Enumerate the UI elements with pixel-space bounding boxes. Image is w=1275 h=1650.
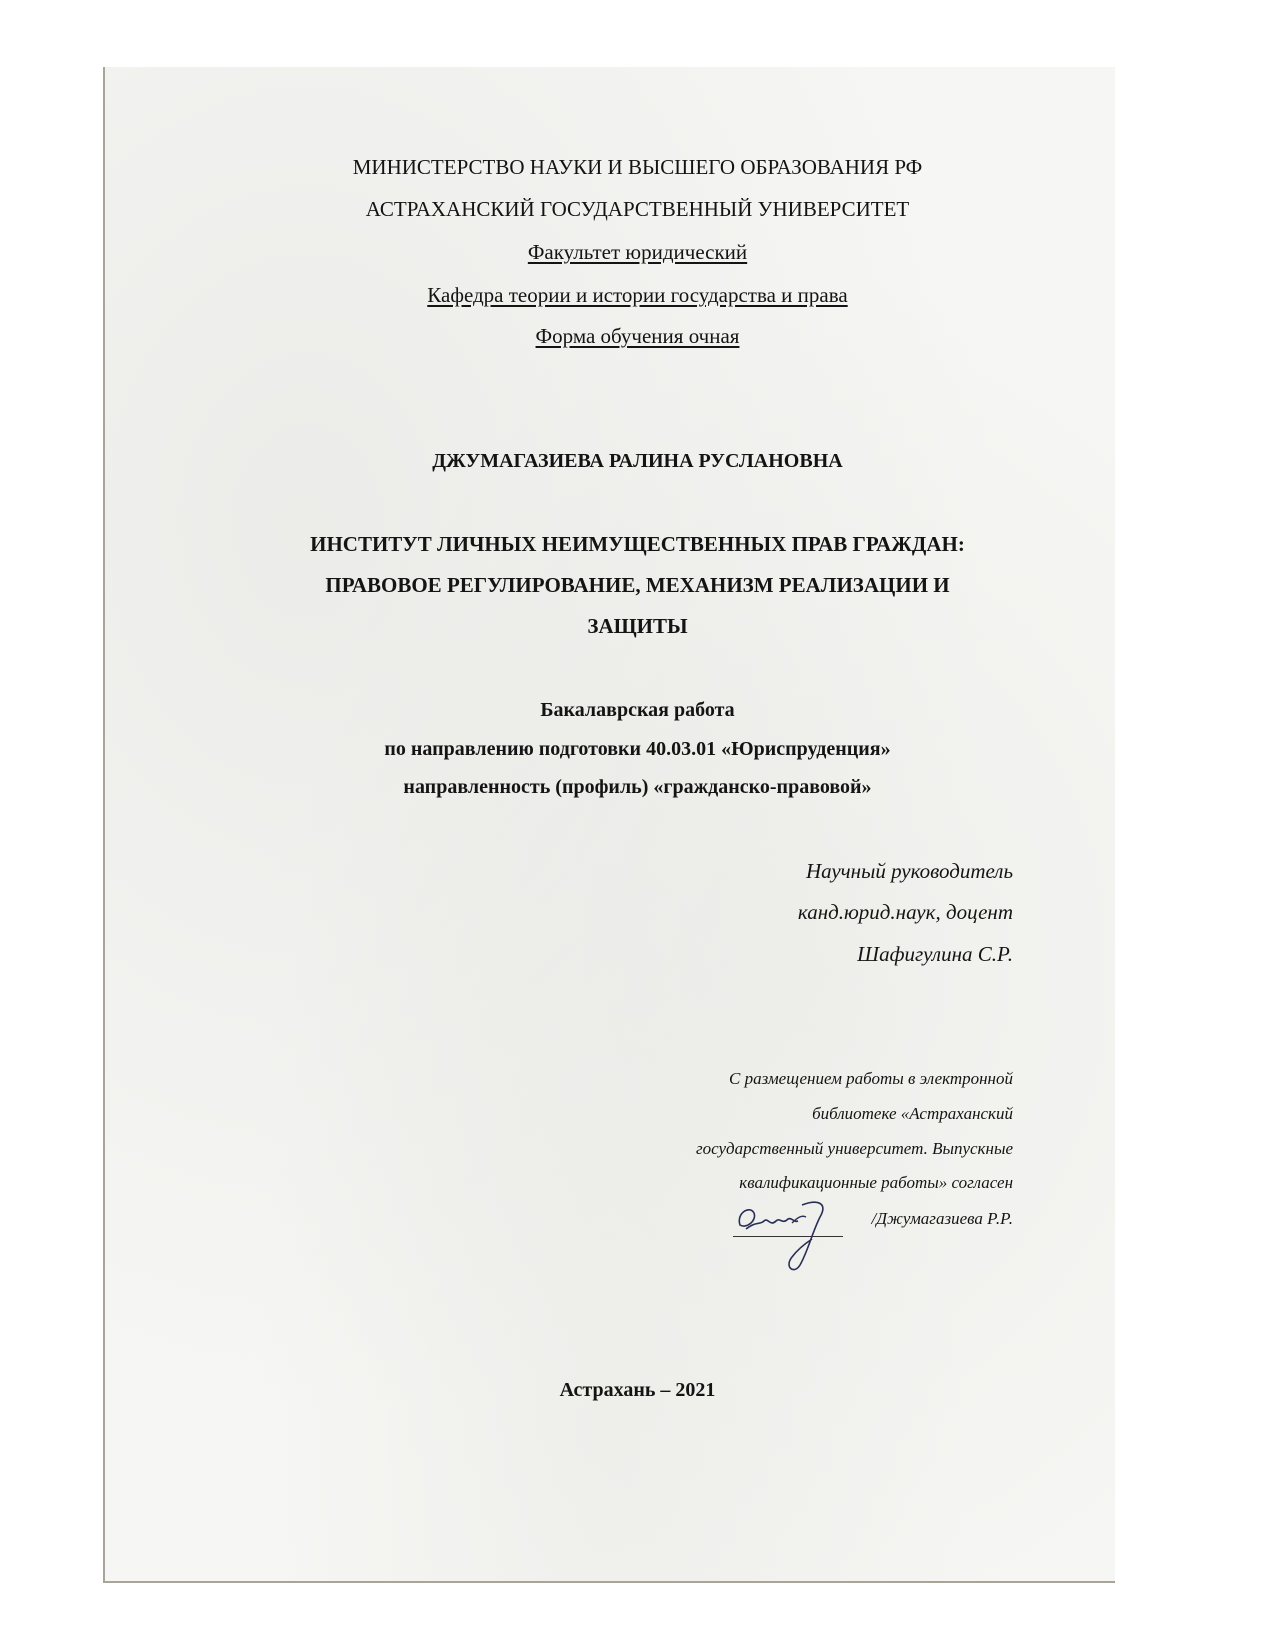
thesis-title-line-3: ЗАЩИТЫ	[0, 614, 1275, 639]
handwritten-signature-icon	[732, 1195, 842, 1275]
consent-line-1: С размещением работы в электронной	[729, 1069, 1013, 1089]
consent-line-2: библиотеке «Астраханский	[812, 1104, 1013, 1124]
faculty-label: Факультет юридический	[528, 240, 747, 264]
thesis-title-line-1: ИНСТИТУТ ЛИЧНЫХ НЕИМУЩЕСТВЕННЫХ ПРАВ ГРА…	[0, 532, 1275, 557]
consent-signature-name: /Джумагазиева Р.Р.	[871, 1209, 1013, 1229]
department-label: Кафедра теории и истории государства и п…	[427, 283, 847, 307]
consent-line-3: государственный университет. Выпускные	[696, 1139, 1013, 1159]
study-form-label: Форма обучения очная	[536, 324, 740, 348]
work-profile: направленность (профиль) «гражданско-пра…	[0, 776, 1275, 799]
supervisor-label: Научный руководитель	[806, 859, 1013, 884]
thesis-title-line-2: ПРАВОВОЕ РЕГУЛИРОВАНИЕ, МЕХАНИЗМ РЕАЛИЗА…	[0, 573, 1275, 598]
supervisor-degree: канд.юрид.наук, доцент	[798, 900, 1013, 925]
work-type: Бакалаврская работа	[0, 699, 1275, 722]
supervisor-name: Шафигулина С.Р.	[857, 942, 1013, 967]
work-direction: по направлению подготовки 40.03.01 «Юрис…	[0, 738, 1275, 761]
consent-line-4: квалификационные работы» согласен	[739, 1173, 1013, 1193]
city-year: Астрахань – 2021	[0, 1379, 1275, 1402]
author-name: ДЖУМАГАЗИЕВА РАЛИНА РУСЛАНОВНА	[0, 450, 1275, 473]
ministry-heading: МИНИСТЕРСТВО НАУКИ И ВЫСШЕГО ОБРАЗОВАНИЯ…	[0, 155, 1275, 180]
university-heading: АСТРАХАНСКИЙ ГОСУДАРСТВЕННЫЙ УНИВЕРСИТЕТ	[0, 197, 1275, 222]
